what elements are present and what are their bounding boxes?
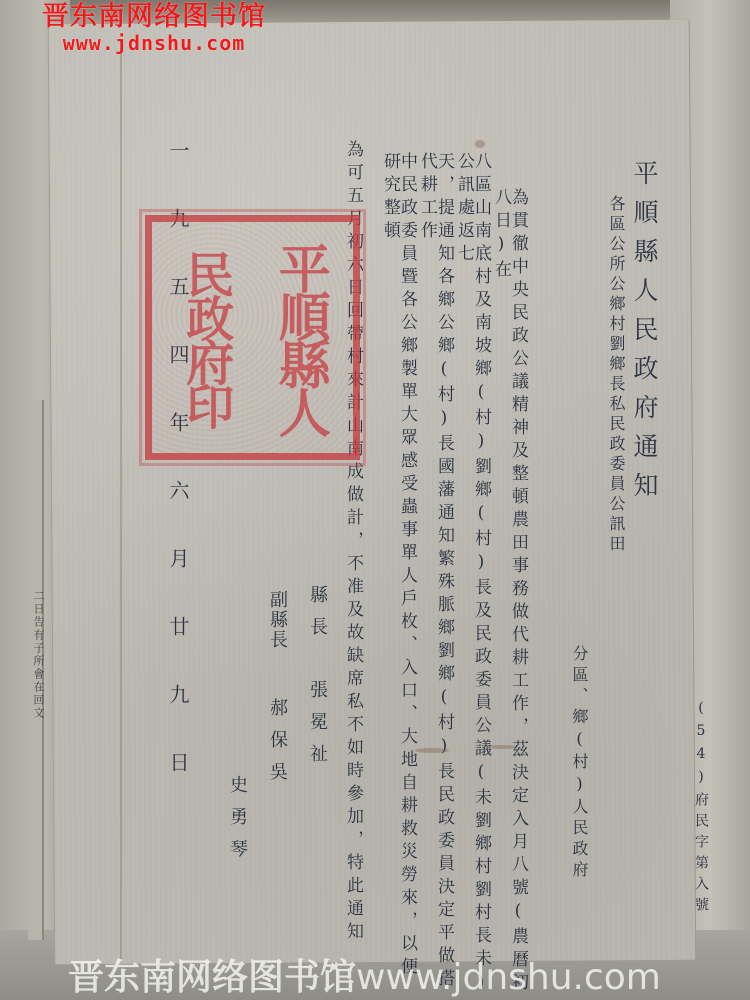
body-column-3: 天，提通知各鄉公鄉(村)長國藩通知繁殊脈鄉劉鄉(村)長民政委員決定平做搭代耕工作 bbox=[418, 152, 452, 1000]
ink-smudge bbox=[415, 748, 449, 753]
body-column-2: 八區山南底村及南坡鄉(村)劉鄉(村)長及民政委員公議(未劉鄉村劉村長未)公訊處返… bbox=[455, 152, 489, 1000]
ink-smudge bbox=[488, 745, 516, 749]
secretary-name: 史勇琴 bbox=[228, 775, 246, 871]
watermark-bottom: 晋东南网络图书馆www.jdnshu.com bbox=[68, 956, 748, 1000]
seal-text-right: 平順縣人 bbox=[254, 230, 346, 445]
magistrate-name: 張冕祉 bbox=[308, 680, 326, 776]
deputy-magistrate-name: 郝保吳 bbox=[268, 698, 286, 794]
watermark-top-site-name: 晋东南网络图书馆 bbox=[4, 2, 304, 32]
magistrate-title: 縣長 bbox=[308, 585, 326, 649]
watermark-top: 晋东南网络图书馆 www.jdnshu.com bbox=[4, 2, 304, 54]
deputy-magistrate-title: 副縣長 bbox=[268, 590, 286, 650]
adjacent-page-text: 二日告有子所會在回文 bbox=[30, 590, 46, 720]
seal-text-left: 民政府印 bbox=[160, 230, 252, 445]
addressee-line: 各區公所公鄉村劉鄉長私民政委員公訊田 bbox=[608, 195, 624, 555]
stain-spot bbox=[475, 140, 485, 148]
document-sheet bbox=[49, 20, 696, 964]
watermark-top-url: www.jdnshu.com bbox=[4, 32, 304, 54]
copy-to-line: 分區、鄉(村)人民政府 bbox=[571, 645, 587, 882]
body-column-4: 中民政委員暨各公鄉製單大眾感受蟲事單人戶枚、入口、大地自耕救災勞來，以便研究整頓 bbox=[381, 152, 415, 1000]
watermark-bottom-site-name: 晋东南网络图书馆 bbox=[68, 957, 356, 998]
document-title: 平順縣人民政府通知 bbox=[632, 160, 657, 511]
watermark-bottom-url: www.jdnshu.com bbox=[356, 957, 661, 998]
paper-fold-line bbox=[120, 40, 122, 960]
body-column-1: 為貫徹中央民政公議精神及整頓農田事務做代耕工作，茲決定入月八號(農曆初八日)在 bbox=[492, 188, 526, 1000]
official-red-seal: 民政府印 平順縣人 bbox=[145, 215, 360, 460]
document-number: (54)府民字第入號 bbox=[694, 700, 708, 918]
